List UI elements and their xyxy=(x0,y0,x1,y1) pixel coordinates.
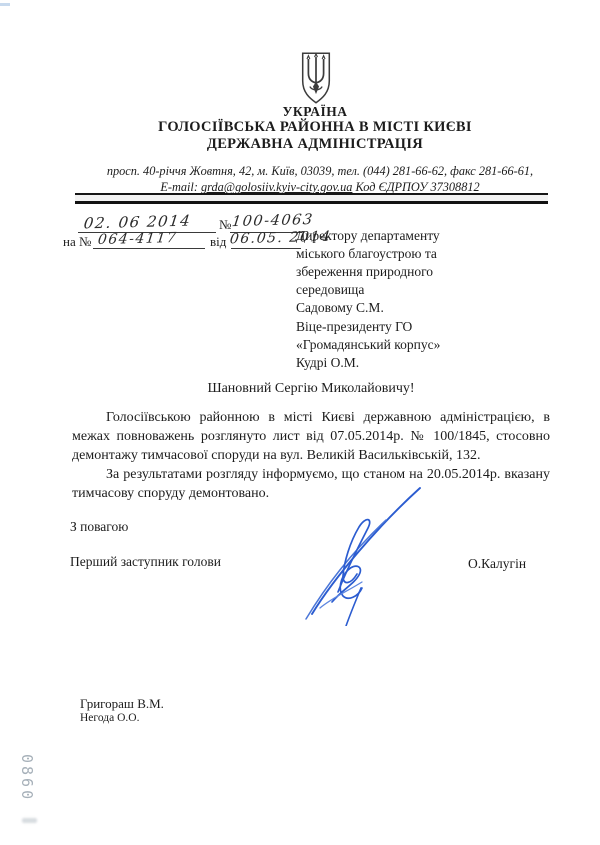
signer-position: Перший заступник голови xyxy=(70,554,221,570)
organization-name-line2: ДЕРЖАВНА АДМІНІСТРАЦІЯ xyxy=(30,136,600,153)
from-label: від xyxy=(210,234,226,250)
recipient-line: «Громадянський корпус» xyxy=(296,336,526,354)
reply-to-label: на № xyxy=(63,234,91,250)
recipient-block-1: Директору департаменту міського благоуст… xyxy=(296,227,526,317)
recipient-line: збереження природного xyxy=(296,263,526,281)
email-label: E-mail: xyxy=(160,180,201,194)
ukraine-trident-emblem-icon xyxy=(297,50,335,106)
number-label: № xyxy=(219,217,231,233)
recipient-line: Віце-президенту ГО xyxy=(296,318,526,336)
organization-name-line1: ГОЛОСІЇВСЬКА РАЙОННА В МІСТІ КИЄВІ xyxy=(30,119,600,136)
recipient-line: Директору департаменту xyxy=(296,227,526,245)
salutation: Шановний Сергію Миколайовичу! xyxy=(72,381,550,397)
executor-name-1: Григораш В.М. xyxy=(80,696,164,712)
edrpou-code: Код ЄДРПОУ 37308812 xyxy=(352,180,479,194)
recipient-line: міського благоустрою та xyxy=(296,245,526,263)
email-address: grda@golosiiv.kyiv-city.gov.ua xyxy=(201,180,352,194)
executor-name-2: Негода О.О. xyxy=(80,712,139,724)
country-name: УКРАЇНА xyxy=(30,104,600,120)
scan-artifact xyxy=(0,3,10,6)
body-paragraph-1: Голосіївською районною в місті Києві дер… xyxy=(72,408,550,465)
reply-date-underline xyxy=(231,248,301,249)
signer-name: О.Калугін xyxy=(468,556,526,572)
address-line: просп. 40-річчя Жовтня, 42, м. Київ, 030… xyxy=(30,164,600,179)
reply-number-underline xyxy=(93,248,205,249)
closing-phrase: З повагою xyxy=(70,519,128,535)
incoming-number-stamp: 0860 xyxy=(14,754,36,816)
recipient-block-2: Віце-президенту ГО «Громадянський корпус… xyxy=(296,318,526,372)
handwritten-reply-number: 064-4117 xyxy=(97,230,178,248)
letterhead-divider xyxy=(75,193,548,204)
recipient-line: Кудрі О.М. xyxy=(296,354,526,372)
recipient-line: Садовому С.М. xyxy=(296,299,526,317)
scanned-letter-page: УКРАЇНА ГОЛОСІЇВСЬКА РАЙОННА В МІСТІ КИЄ… xyxy=(0,0,600,845)
stamp-smudge xyxy=(22,818,37,823)
signature-scribble xyxy=(298,478,448,626)
recipient-line: середовища xyxy=(296,281,526,299)
